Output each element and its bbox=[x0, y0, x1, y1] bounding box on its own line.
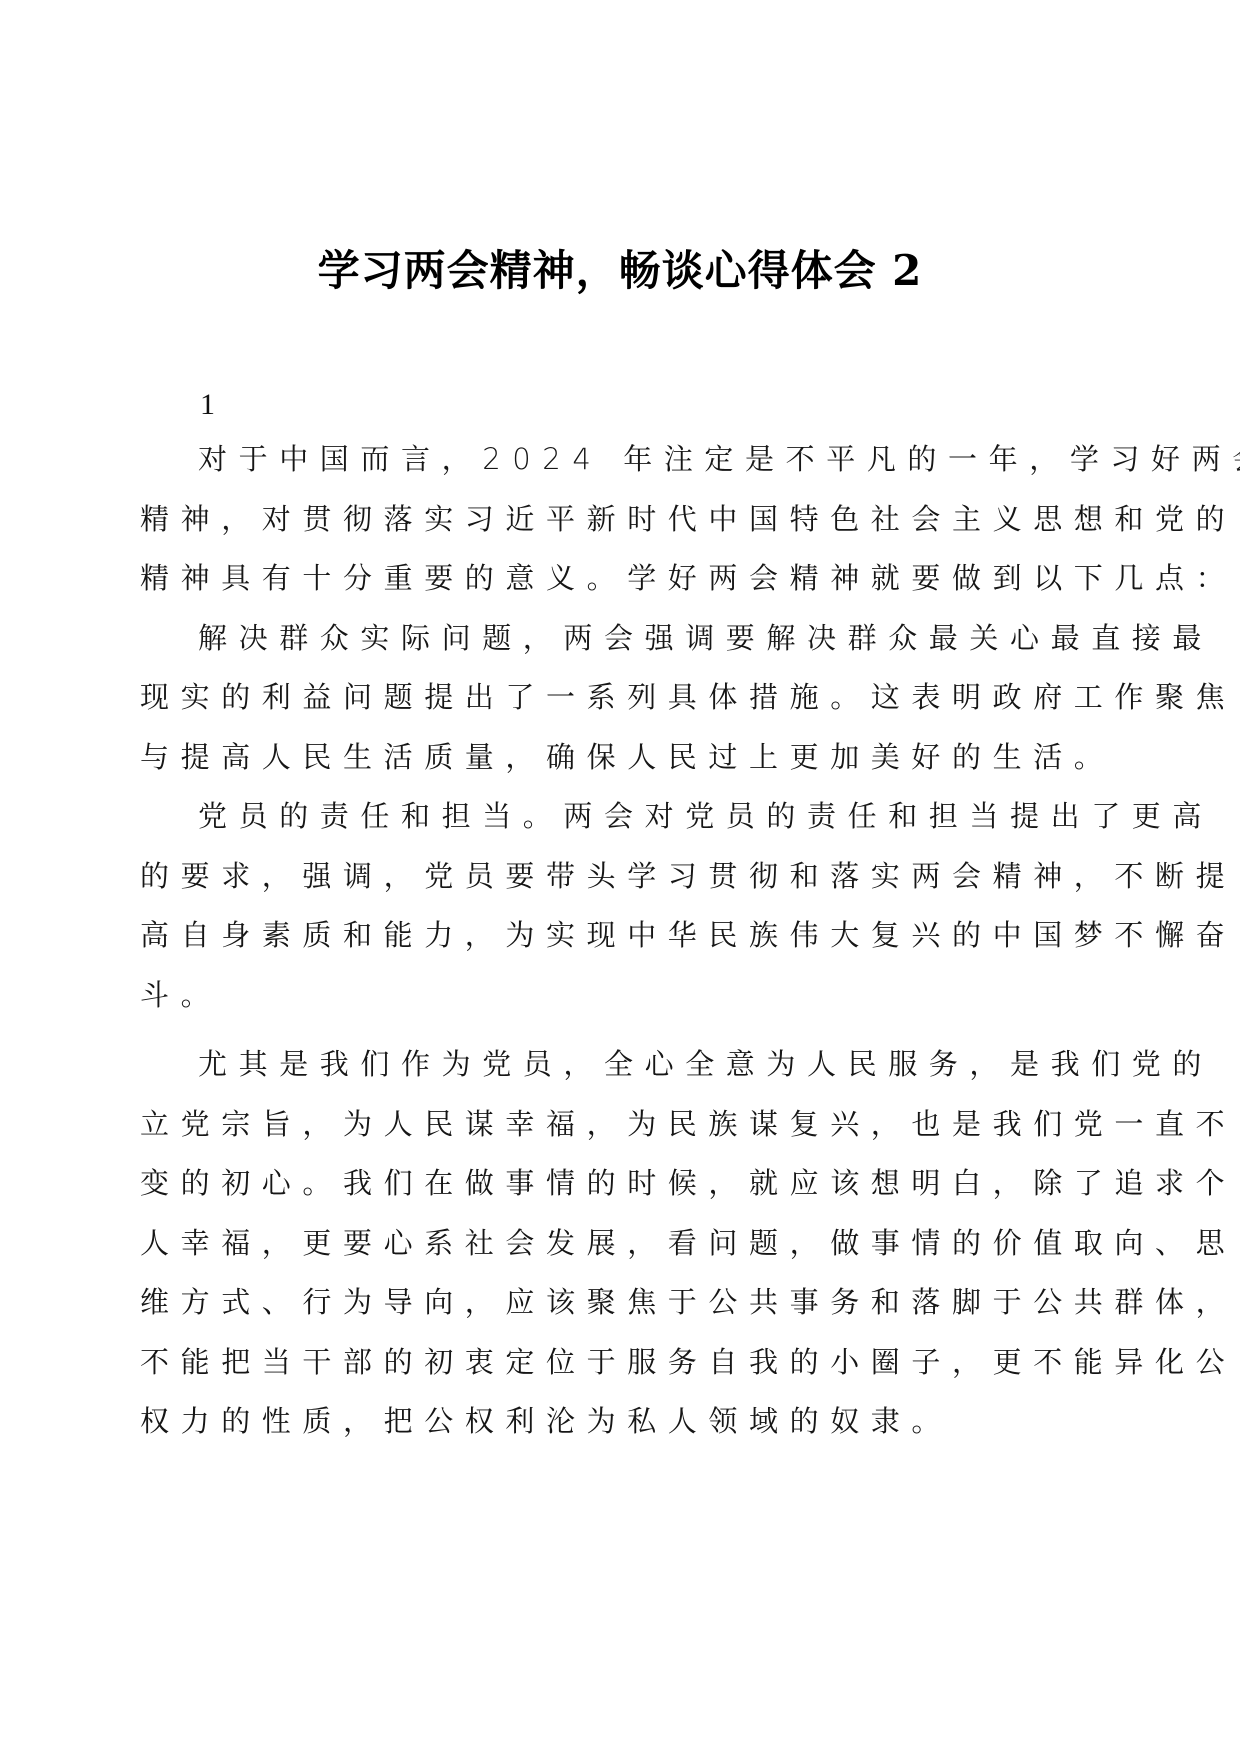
paragraph-line: 变的初心。我们在做事情的时候，就应该想明白，除了追求个 bbox=[140, 1154, 1100, 1214]
paragraph-line: 的要求，强调，党员要带头学习贯彻和落实两会精神，不断提 bbox=[140, 847, 1100, 907]
paragraph-line: 尤其是我们作为党员，全心全意为人民服务，是我们党的 bbox=[140, 1035, 1100, 1095]
paragraph-line: 人幸福，更要心系社会发展，看问题，做事情的价值取向、思 bbox=[140, 1214, 1100, 1274]
paragraph-line: 不能把当干部的初衷定位于服务自我的小圈子，更不能异化公 bbox=[140, 1333, 1100, 1393]
paragraph-line: 精神，对贯彻落实习近平新时代中国特色社会主义思想和党的 bbox=[140, 490, 1100, 550]
section-number: 1 bbox=[200, 385, 215, 425]
paragraph-line: 维方式、行为导向，应该聚焦于公共事务和落脚于公共群体， bbox=[140, 1273, 1100, 1333]
paragraph-line: 解决群众实际问题，两会强调要解决群众最关心最直接最 bbox=[140, 609, 1100, 669]
document-title: 学习两会精神，畅谈心得体会 2 bbox=[0, 243, 1240, 299]
paragraph: 解决群众实际问题，两会强调要解决群众最关心最直接最 现实的利益问题提出了一系列具… bbox=[140, 609, 1100, 788]
document-body: 对于中国而言，2024 年注定是不平凡的一年，学习好两会 精神，对贯彻落实习近平… bbox=[140, 430, 1100, 1452]
paragraph-line: 精神具有十分重要的意义。学好两会精神就要做到以下几点： bbox=[140, 549, 1100, 609]
paragraph-line: 斗。 bbox=[140, 966, 1100, 1026]
paragraph-line: 党员的责任和担当。两会对党员的责任和担当提出了更高 bbox=[140, 787, 1100, 847]
paragraph-line: 对于中国而言，2024 年注定是不平凡的一年，学习好两会 bbox=[140, 430, 1100, 490]
paragraph: 党员的责任和担当。两会对党员的责任和担当提出了更高 的要求，强调，党员要带头学习… bbox=[140, 787, 1100, 1025]
paragraph-line: 权力的性质，把公权利沦为私人领域的奴隶。 bbox=[140, 1392, 1100, 1452]
paragraph: 对于中国而言，2024 年注定是不平凡的一年，学习好两会 精神，对贯彻落实习近平… bbox=[140, 430, 1100, 609]
paragraph-line: 立党宗旨，为人民谋幸福，为民族谋复兴，也是我们党一直不 bbox=[140, 1095, 1100, 1155]
paragraph: 尤其是我们作为党员，全心全意为人民服务，是我们党的 立党宗旨，为人民谋幸福，为民… bbox=[140, 1035, 1100, 1452]
paragraph-line: 高自身素质和能力，为实现中华民族伟大复兴的中国梦不懈奋 bbox=[140, 906, 1100, 966]
paragraph-line: 与提高人民生活质量，确保人民过上更加美好的生活。 bbox=[140, 728, 1100, 788]
paragraph-line: 现实的利益问题提出了一系列具体措施。这表明政府工作聚焦 bbox=[140, 668, 1100, 728]
document-page: 学习两会精神，畅谈心得体会 2 1 对于中国而言，2024 年注定是不平凡的一年… bbox=[0, 0, 1240, 1754]
